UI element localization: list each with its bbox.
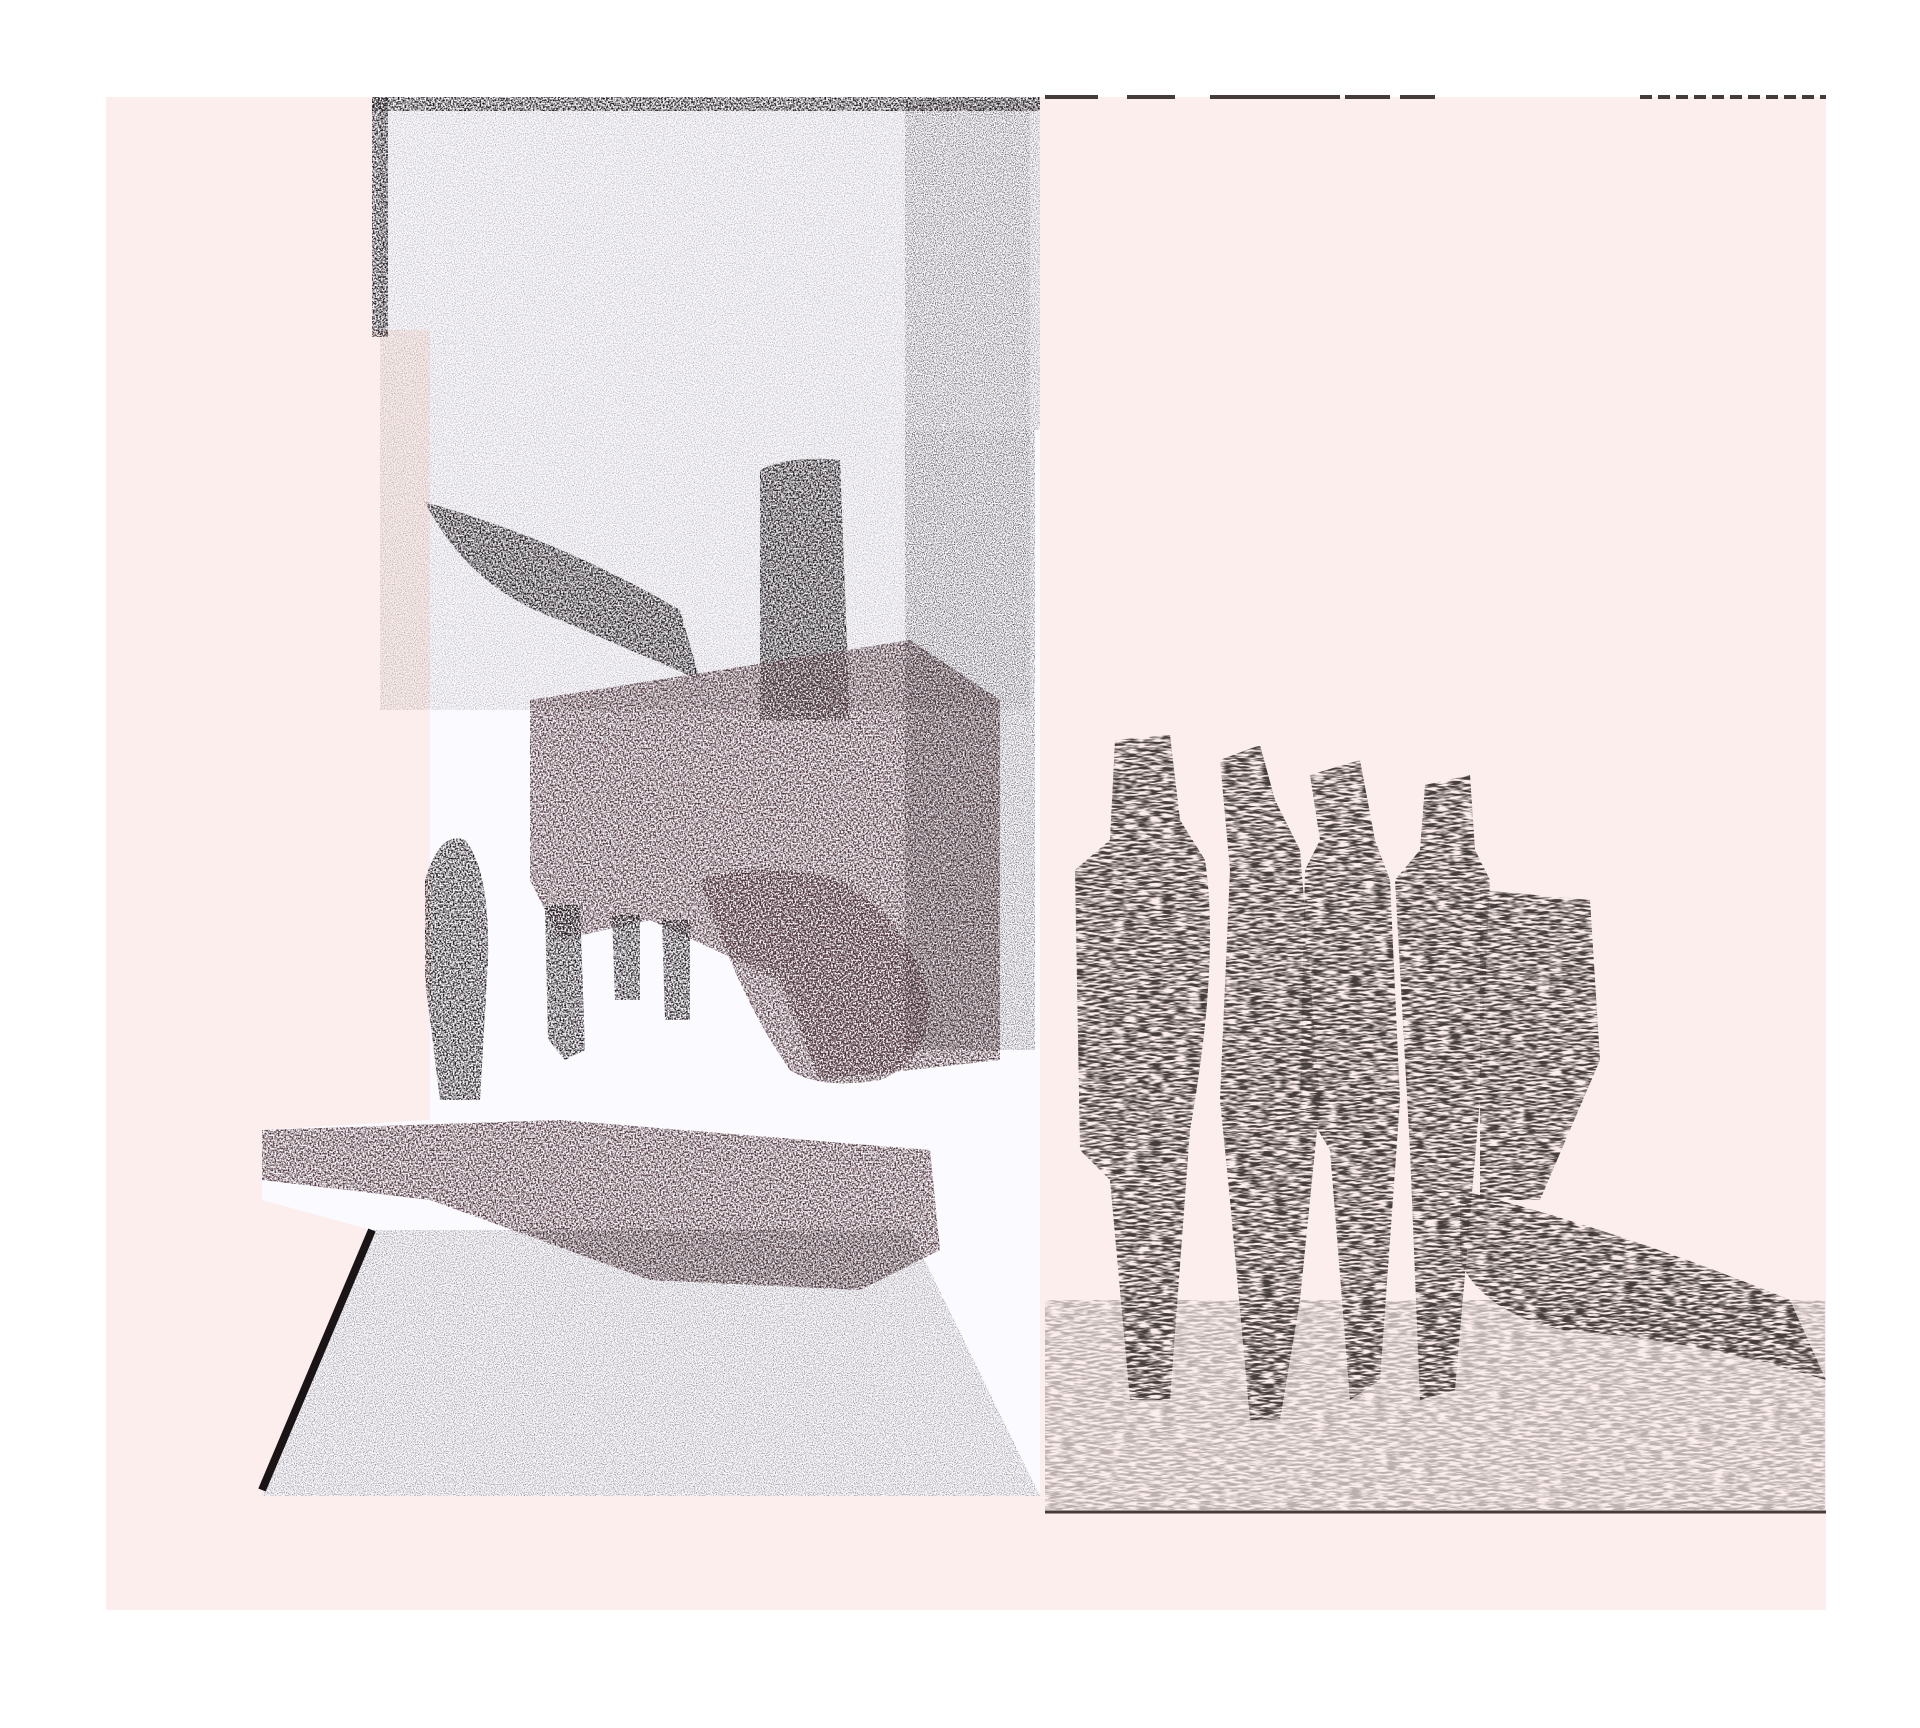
artwork-canvas <box>0 0 1920 1728</box>
collage-art <box>0 0 1920 1728</box>
left-print <box>262 97 1040 1496</box>
right-print <box>1045 97 1826 1512</box>
